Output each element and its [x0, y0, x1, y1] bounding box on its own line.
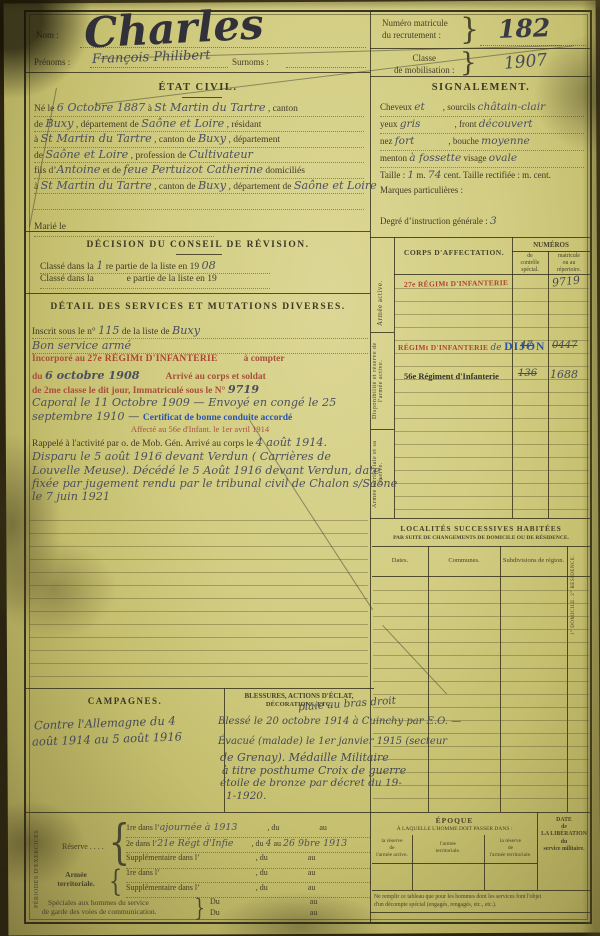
sig-line: Marques particulières :	[380, 185, 584, 202]
numero-label-1: Numéro matricule	[382, 18, 448, 28]
bottom-sections-rule	[26, 812, 590, 813]
signalement-title: SIGNALEMENT.	[372, 82, 590, 93]
military-record-scan: Nom : Charles Prénoms : François Philibe…	[0, 0, 600, 936]
svc-line: Rappelé à l'activité par o. de Mob. Gén.…	[32, 436, 368, 450]
blessures-line-4: à titre posthume Croix de guerre	[222, 764, 406, 777]
col-matricule-label: matricule ou au répertoire.	[548, 253, 590, 275]
territoriale-label: Armée territoriale.	[50, 870, 102, 889]
numeros-rule	[512, 251, 590, 252]
epoque-col-2: l'armée territoriale.	[412, 841, 484, 855]
classe-rule	[370, 76, 590, 77]
periode-row: Supplémentaire dans l’, duau	[126, 853, 370, 869]
periode-row: Duau	[210, 897, 360, 908]
epoque-col-3: la réserve de l'armée territoriale.	[484, 838, 537, 859]
svc-line: Affecté au 56e d'Infant. le 1er avril 19…	[32, 424, 368, 436]
sig-line: yeux gris, front découvert	[380, 117, 584, 134]
svc-line: Inscrit sous le n° 115 de la liste de Bu…	[32, 324, 368, 339]
periodes-spec-rows: Duau Duau	[210, 897, 360, 919]
corps-row-3-matricule: 1688	[550, 368, 578, 381]
blessures-line-2: Évacué (malade) le 1er janvier 1915 (sec…	[218, 736, 447, 747]
signalement-lines: Cheveux et, sourcils châtain-clair yeux …	[380, 100, 584, 230]
epoque-subtitle: À LAQUELLE L'HOMME DOIT PASSER DANS :	[372, 826, 537, 833]
svc-line: Incorporé au 27e RÉGIMt D'INFANTERIEà co…	[32, 354, 368, 368]
localites-subtitle: PAR SUITE DE CHANGEMENTS DE DOMICILE OU …	[372, 535, 590, 542]
corps-title: CORPS D'AFFECTATION.	[396, 248, 512, 257]
etat-line: fils d’Antoine et de feue Pertuizot Cath…	[34, 163, 364, 179]
classe-brace: }	[460, 48, 477, 78]
periodes-side-label: PÉRIODES D'EXERCICES	[34, 822, 40, 916]
numero-value: 182	[498, 13, 551, 44]
numero-label: Numéro matricule du recrutement :	[382, 18, 448, 41]
periodes-reserve-rows: 1re dans l’ajournée à 1913, duau 2e dans…	[126, 822, 370, 869]
nom-label: Nom :	[36, 30, 59, 40]
sig-line: Cheveux et, sourcils châtain-clair	[380, 100, 584, 117]
etat-line: Né le 6 Octobre 1887 à St Martin du Tart…	[34, 101, 364, 117]
blessures-line-6: 1-1920.	[226, 790, 266, 802]
reserve-label: Réserve . . . .	[62, 842, 104, 851]
corps-row-2-matricule: 0447	[552, 340, 577, 351]
decision-line: Classé dans la 1 re partie de la liste e…	[40, 259, 270, 274]
corps-row-3-controle: 136	[518, 368, 537, 379]
blessures-line-1: Blessé le 20 octobre 1914 à Cuinchy par …	[218, 716, 461, 727]
speciales-label-1: Spéciales aux hommes du service	[48, 898, 149, 907]
svc-line: Caporal le 11 Octobre 1909 — Envoyé en c…	[32, 396, 368, 410]
group-disponibilite: Disponibilité et réserve de l'armée acti…	[372, 334, 384, 428]
svc-line: le 7 juin 1921	[32, 490, 368, 503]
decision-title: DÉCISION DU CONSEIL DE RÉVISION.	[26, 240, 370, 250]
corps-top-rule	[370, 237, 590, 238]
decision-lines: Classé dans la 1 re partie de la liste e…	[40, 259, 340, 289]
col-subdiv: Subdivisions de région.	[500, 557, 567, 565]
epoque-header-rule	[372, 863, 537, 864]
epoque-date-col: DATE de LA LIBÉRATION du service militai…	[539, 817, 589, 853]
epoque-footnote-2: d'un décompte spécial (engagés, rengagés…	[374, 902, 588, 909]
epoque-bottom-rule	[370, 912, 590, 913]
etat-line	[34, 194, 364, 210]
periode-row: 2e dans l’21e Régt d'Infie, du 4 au 26 9…	[126, 838, 370, 854]
group-div-1	[371, 332, 394, 333]
col-controle-label: de contrôle spécial.	[512, 253, 548, 275]
numero-label-2: du recrutement :	[382, 30, 441, 40]
services-title: DÉTAIL DES SERVICES ET MUTATIONS DIVERSE…	[26, 302, 370, 312]
svc-line: de 2me classe le dit jour, Immatriculé s…	[32, 382, 368, 396]
periode-row: 1re dans l’ajournée à 1913, duau	[126, 822, 370, 838]
sig-line: nez fort, bouche moyenne	[380, 134, 584, 151]
svc-line: septembre 1910 — Certificat de bonne con…	[32, 410, 368, 424]
nom-line	[80, 46, 366, 48]
periode-row: Supplémentaire dans l’, duau	[126, 883, 370, 898]
epoque-title: ÉPOQUE	[372, 816, 537, 825]
blessures-line-3: de Grenay). Médaille Militaire	[220, 751, 389, 764]
localites-title: LOCALITÉS SUCCESSIVES HABITÉES	[372, 524, 590, 533]
epoque-body-rule	[372, 890, 590, 891]
numero-brace: }	[460, 12, 479, 47]
corps-bottom-rule	[370, 518, 590, 519]
col-dates: Dates.	[372, 557, 428, 565]
svc-line: Disparu le 5 août 1916 devant Verdun ( C…	[32, 450, 368, 464]
corps-row-3: 56e Régiment d'Infanterie	[404, 371, 499, 381]
classe-label: Classe de mobilisation :	[394, 53, 455, 76]
marie-line: Marié le	[34, 222, 214, 238]
svc-line: Louvelle Meuse). Décédé le 5 Août 1916 d…	[32, 464, 368, 477]
header-rule-left	[26, 72, 370, 73]
services-blank-rules	[30, 508, 368, 686]
sig-line: Degré d’instruction générale : 3	[380, 214, 584, 230]
col-communes: Communes.	[428, 557, 500, 565]
periodes-terr-rows: 1re dans l’, duau Supplémentaire dans l’…	[126, 868, 370, 898]
services-bottom-rule	[26, 688, 374, 689]
svc-line: fixée par jugement rendu par le tribunal…	[32, 477, 368, 490]
etat-civil-underline	[182, 97, 222, 98]
services-lines: Inscrit sous le n° 115 de la liste de Bu…	[32, 324, 368, 503]
blessures-line-5: étoile de bronze par décret du 19-	[220, 777, 402, 789]
localites-header-rule	[372, 576, 590, 577]
corps-row-1: 27e RÉGIMt D'INFANTERIE	[404, 278, 508, 289]
prenoms-line	[90, 66, 228, 68]
territoriale-brace: {	[109, 864, 122, 899]
etat-line: de Saône et Loire , profession de Cultiv…	[34, 148, 364, 164]
etat-line: à St Martin du Tartre , canton de Buxy ,…	[34, 132, 364, 148]
localites-header-top	[372, 546, 590, 547]
svc-line: Bon service armé	[32, 339, 368, 354]
periode-row: Duau	[210, 908, 360, 919]
group-territoriale: Armée territoriale et sa réserve.	[372, 431, 384, 517]
decision-bottom-rule	[26, 293, 370, 294]
etat-bottom-rule	[26, 231, 370, 232]
speciales-brace: }	[194, 894, 205, 922]
etat-line: de Buxy , département de Saône et Loire …	[34, 117, 364, 133]
corps-row-2-controle: 47	[520, 340, 533, 351]
surnoms-line	[286, 66, 366, 68]
svc-line: du 6 octobre 1908Arrivé au corps et sold…	[32, 368, 368, 382]
corps-body-rules	[395, 276, 589, 516]
surnoms-label: Surnoms :	[232, 57, 269, 67]
group-armee-active: Armée active.	[376, 276, 384, 330]
numeros-title: NUMÉROS	[512, 241, 590, 250]
epoque-date-vline	[537, 812, 538, 890]
etat-civil-lines: Né le 6 Octobre 1887 à St Martin du Tart…	[34, 101, 364, 237]
decision-line: Classé dans la e partie de la liste en 1…	[40, 274, 270, 289]
periode-row: 1re dans l’, duau	[126, 868, 370, 883]
speciales-label-2: de garde des voies de communication.	[42, 907, 157, 916]
prenoms-label: Prénoms :	[34, 57, 70, 67]
etat-line: à St Martin du Tartre , canton de Buxy ,…	[34, 179, 364, 195]
epoque-col-1: la réserve de l'armée active.	[372, 838, 412, 859]
campagnes-title: CAMPAGNES.	[26, 696, 224, 706]
sig-line: Taille : 1 m. 74 cent. Taille rectifiée …	[380, 168, 584, 185]
group-div-2	[371, 429, 394, 430]
sig-line: menton à fossette visage ovale	[380, 151, 584, 168]
decision-underline	[176, 254, 222, 255]
epoque-footnote-1: Ne remplir ce tableau que pour les homme…	[374, 894, 588, 901]
